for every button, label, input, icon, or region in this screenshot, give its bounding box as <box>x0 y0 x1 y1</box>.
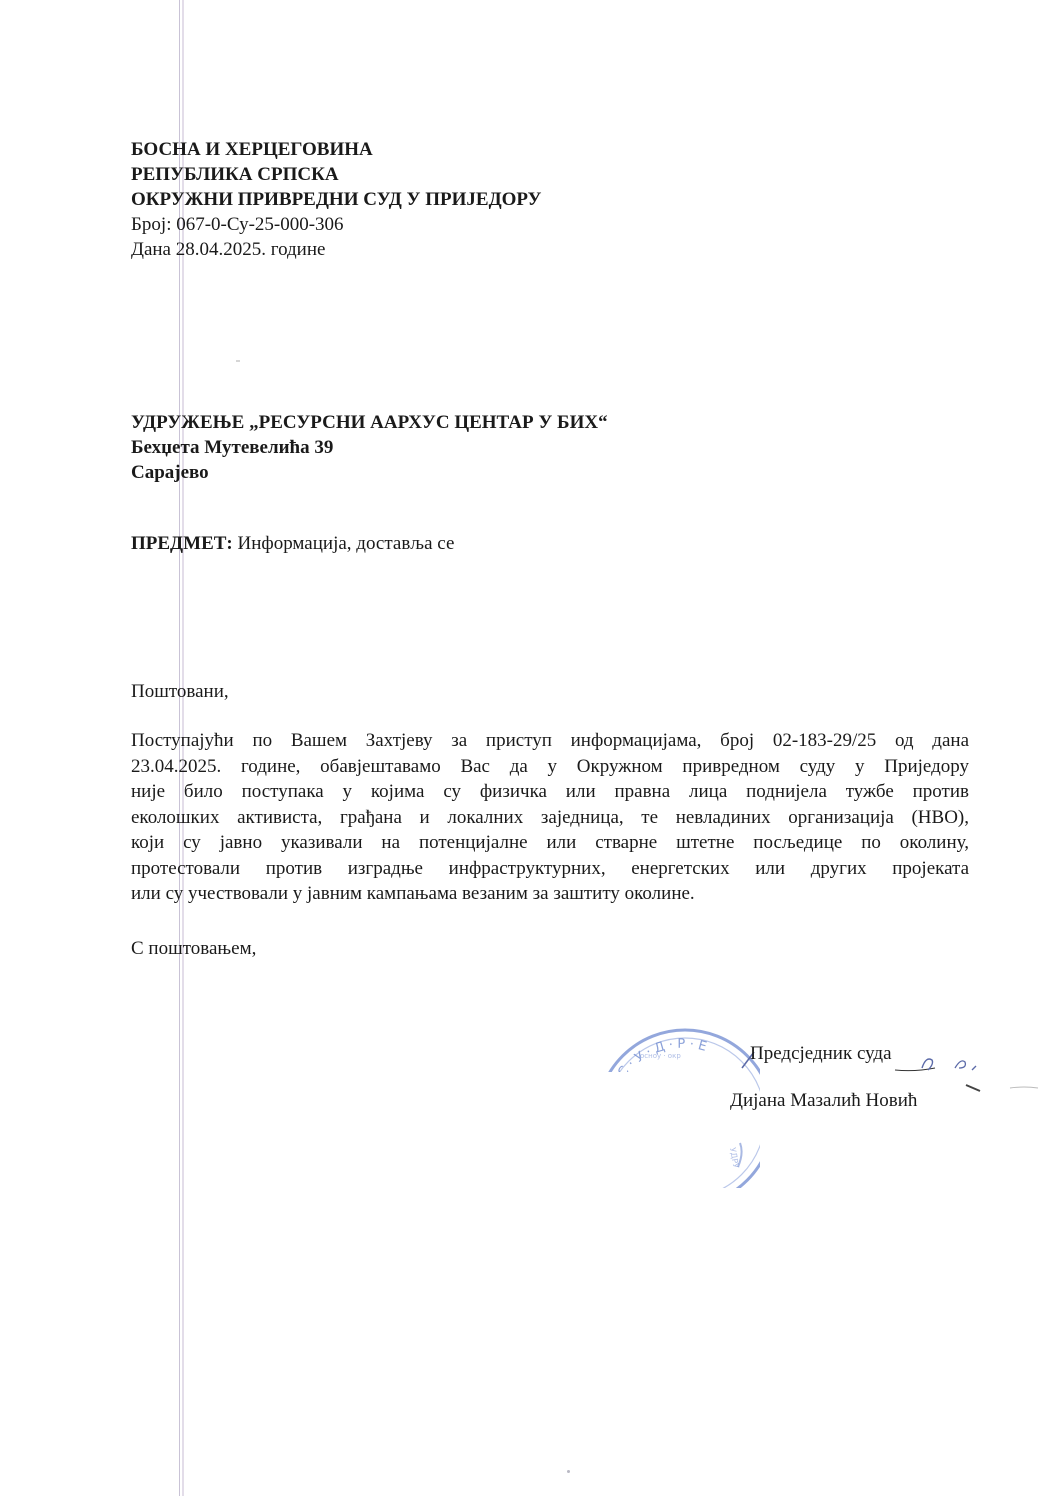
recipient-organization: УДРУЖЕЊЕ „РЕСУРСНИ ААРХУС ЦЕНТАР У БИХ“ <box>131 410 608 435</box>
body-paragraph: Поступајући по Вашем Захтјеву за приступ… <box>131 728 969 907</box>
subject-line: ПРЕДМЕТ: Информација, доставља се <box>131 531 454 556</box>
body-line: протестовали против изградње инфраструкт… <box>131 856 969 882</box>
closing-text: С поштовањем, <box>131 936 256 961</box>
body-line: еколошких активиста, грађана и локалних … <box>131 805 969 831</box>
body-line: Поступајући по Вашем Захтјеву за приступ… <box>131 728 969 754</box>
scan-speck <box>236 360 240 362</box>
subject-label: ПРЕДМЕТ: <box>131 533 233 554</box>
stamp-occlusion <box>560 1072 720 1192</box>
subject-text: Информација, доставља се <box>233 533 455 554</box>
body-line: који су јавно указивали на потенцијалне … <box>131 830 969 856</box>
body-line: није било поступака у којима су физичка … <box>131 779 969 805</box>
country-name: БОСНА И ХЕРЦЕГОВИНА <box>131 137 542 162</box>
greeting-text: Поштовани, <box>131 679 229 704</box>
entity-name: РЕПУБЛИКА СРПСКА <box>131 162 542 187</box>
letterhead: БОСНА И ХЕРЦЕГОВИНА РЕПУБЛИКА СРПСКА ОКР… <box>131 137 542 262</box>
recipient-address: УДРУЖЕЊЕ „РЕСУРСНИ ААРХУС ЦЕНТАР У БИХ“ … <box>131 410 608 485</box>
body-line: 23.04.2025. године, обавјештавамо Вас да… <box>131 754 969 780</box>
reference-number: Број: 067-0-Су-25-000-306 <box>131 212 542 237</box>
scan-speck <box>567 1470 570 1473</box>
svg-text:осноу · окр: осноу · окр <box>640 1052 681 1060</box>
body-line: или су учествовали у јавним кампањама ве… <box>131 881 969 907</box>
signatory-name: Дијана Мазалић Новић <box>730 1090 917 1112</box>
greeting: Поштовани, <box>131 679 229 704</box>
document-page: БОСНА И ХЕРЦЕГОВИНА РЕПУБЛИКА СРПСКА ОКР… <box>0 0 1057 1496</box>
court-name: ОКРУЖНИ ПРИВРЕДНИ СУД У ПРИЈЕДОРУ <box>131 187 542 212</box>
closing: С поштовањем, <box>131 936 256 961</box>
document-date: Дана 28.04.2025. године <box>131 237 542 262</box>
recipient-street: Бехџета Мутевелића 39 <box>131 435 608 460</box>
svg-text:УДРУ: УДРУ <box>728 1147 741 1169</box>
signatory-title: Предсједник суда <box>750 1043 892 1065</box>
recipient-city: Сарајево <box>131 460 608 485</box>
